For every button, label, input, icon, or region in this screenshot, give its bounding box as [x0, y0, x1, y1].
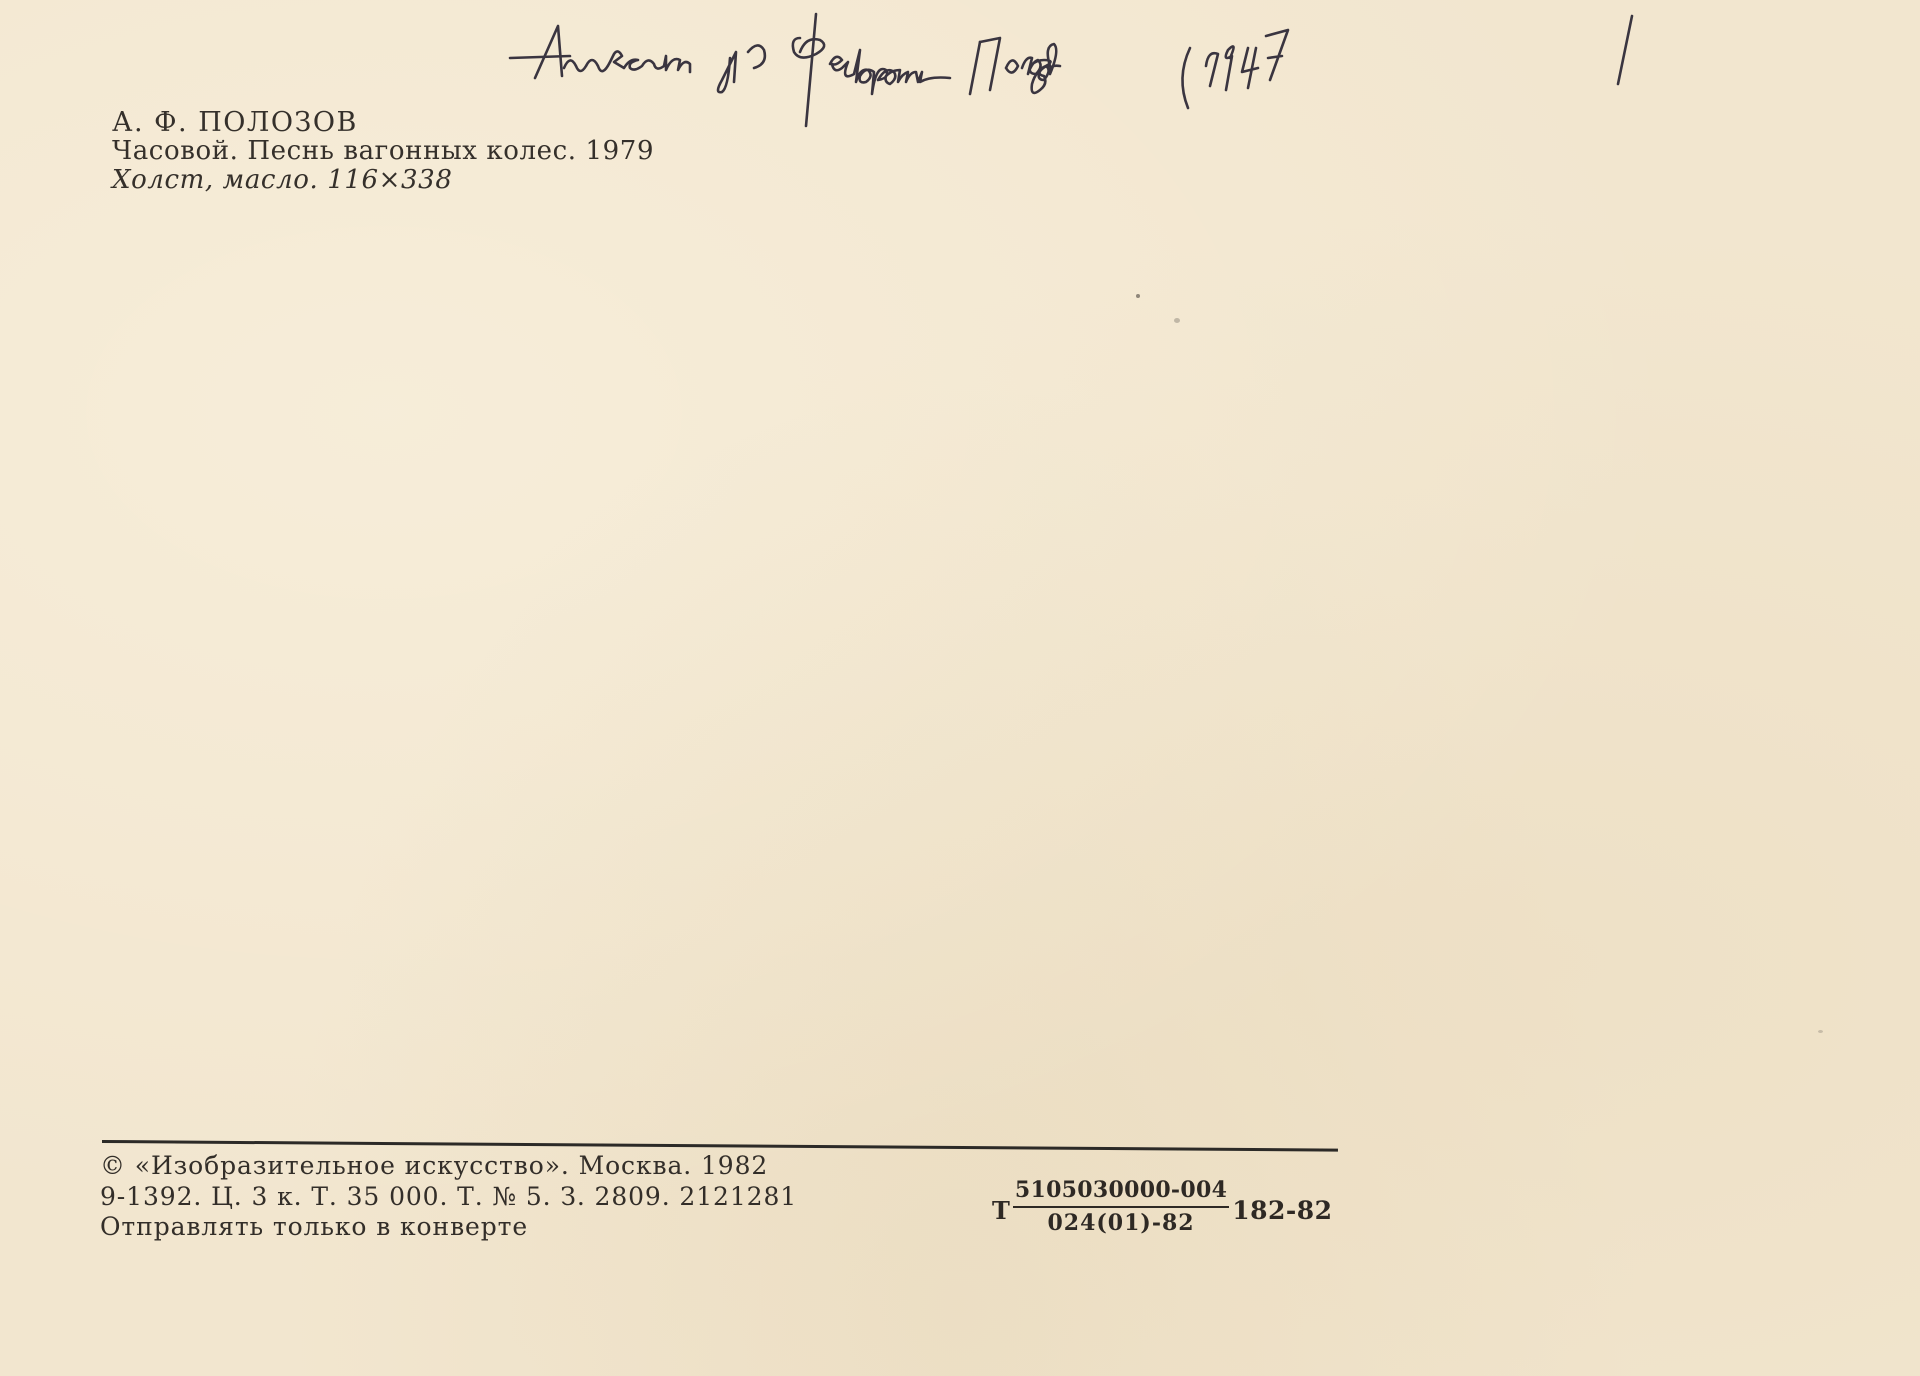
paper-speck [1818, 1030, 1823, 1033]
caption-block: А. Ф. ПОЛОЗОВ Часовой. Песнь вагонных ко… [112, 108, 654, 195]
artist-name: А. Ф. ПОЛОЗОВ [112, 108, 654, 137]
artwork-title: Часовой. Песнь вагонных колес. 1979 [112, 137, 654, 166]
divider-rule [102, 1140, 1338, 1152]
publisher-imprint: © «Изобразительное искусство». Москва. 1… [100, 1151, 797, 1243]
imprint-copyright: © «Изобразительное искусство». Москва. 1… [100, 1151, 797, 1182]
handwritten-note: Александр Федорович Полозов (1947 ) [500, 8, 1640, 138]
catalog-code-suffix: 182-82 [1232, 1196, 1332, 1225]
paper-speck [1174, 318, 1180, 323]
imprint-mailing-note: Отправлять только в конверте [100, 1212, 797, 1243]
artwork-medium: Холст, масло. 116×338 [112, 166, 654, 195]
catalog-code-denominator: 024(01)-82 [1047, 1208, 1194, 1238]
catalog-code: Т 5105030000-004 024(01)-82 182-82 [992, 1166, 1333, 1246]
catalog-code-prefix: Т [992, 1196, 1010, 1225]
handwriting-strokes [500, 8, 1640, 138]
imprint-print-details: 9-1392. Ц. 3 к. Т. 35 000. Т. № 5. З. 28… [100, 1182, 797, 1213]
paper-speck [1136, 294, 1140, 298]
catalog-code-fraction: 5105030000-004 024(01)-82 [1013, 1175, 1229, 1238]
catalog-code-numerator: 5105030000-004 [1013, 1175, 1229, 1208]
